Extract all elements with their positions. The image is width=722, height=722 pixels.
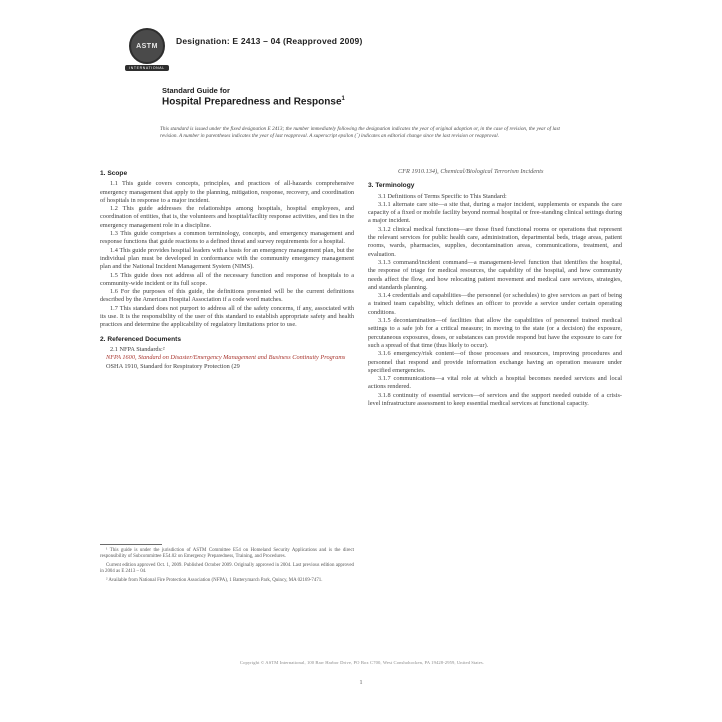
designation-boilerplate: This standard is issued under the fixed … <box>160 126 560 140</box>
astm-logo: ASTM INTERNATIONAL <box>124 28 170 71</box>
title-footnote-marker: 1 <box>342 96 345 102</box>
paragraph-1-4: 1.4 This guide provides hospital leaders… <box>100 247 354 272</box>
definition-3-1-7: 3.1.7 communications—a vital role at whi… <box>368 375 622 392</box>
paragraph-1-3: 1.3 This guide comprises a common termin… <box>100 230 354 247</box>
reference-link-nfpa-1600[interactable]: NFPA 1600, Standard on Disaster/Emergenc… <box>100 354 354 362</box>
right-column: CFR 1910.134), Chemical/Biological Terro… <box>368 168 622 408</box>
standard-type-label: Standard Guide for <box>162 86 592 95</box>
astm-logo-text: ASTM <box>136 43 158 50</box>
section-heading-referenced-documents: 2. Referenced Documents <box>100 336 354 344</box>
paragraph-1-1: 1.1 This guide covers concepts, principl… <box>100 180 354 205</box>
definition-3-1-1: 3.1.1 alternate care site—a site that, d… <box>368 201 622 226</box>
reference-osha-1910: OSHA 1910, Standard for Respiratory Prot… <box>100 363 354 371</box>
copyright-line: Copyright © ASTM International, 100 Barr… <box>160 660 564 665</box>
footnote-2: ² Available from National Fire Protectio… <box>100 578 354 584</box>
paragraph-1-7: 1.7 This standard does not purport to ad… <box>100 305 354 330</box>
astm-logo-caption: INTERNATIONAL <box>125 65 169 71</box>
footnote-1: ¹ This guide is under the jurisdiction o… <box>100 548 354 561</box>
standard-title-text: Hospital Preparedness and Response <box>162 96 342 107</box>
paragraph-1-6: 1.6 For the purposes of this guide, the … <box>100 288 354 305</box>
definition-3-1-5: 3.1.5 decontamination—of facilities that… <box>368 317 622 350</box>
designation-line: Designation: E 2413 – 04 (Reapproved 200… <box>176 36 363 46</box>
footnote-block: ¹ This guide is under the jurisdiction o… <box>100 544 354 586</box>
definition-3-1-2: 3.1.2 clinical medical functions—are tho… <box>368 226 622 259</box>
reference-continuation-line: CFR 1910.134), Chemical/Biological Terro… <box>368 168 622 176</box>
definition-3-1-3: 3.1.3 command/incident command—a managem… <box>368 259 622 292</box>
footnote-edition: Current edition approved Oct. 1, 2009. P… <box>100 563 354 576</box>
page-number: 1 <box>0 679 722 686</box>
paragraph-3-1: 3.1 Definitions of Terms Specific to Thi… <box>368 193 622 201</box>
section-heading-terminology: 3. Terminology <box>368 182 622 190</box>
astm-logo-icon: ASTM <box>129 28 165 64</box>
paragraph-1-5: 1.5 This guide does not address all of t… <box>100 272 354 289</box>
paragraph-2-1: 2.1 NFPA Standards:² <box>100 346 354 354</box>
definition-3-1-8: 3.1.8 continuity of essential services—o… <box>368 392 622 409</box>
definition-3-1-6: 3.1.6 emergency/risk content—of those pr… <box>368 350 622 375</box>
paragraph-1-2: 1.2 This guide addresses the relationshi… <box>100 205 354 230</box>
footnote-divider <box>100 544 162 545</box>
definition-3-1-4: 3.1.4 credentials and capabilities—the p… <box>368 292 622 317</box>
standard-title: Hospital Preparedness and Response1 <box>162 96 592 107</box>
document-page: ASTM INTERNATIONAL Designation: E 2413 –… <box>0 0 722 722</box>
section-heading-scope: 1. Scope <box>100 170 354 178</box>
left-column: 1. Scope1.1 This guide covers concepts, … <box>100 168 354 371</box>
footnote-list: ¹ This guide is under the jurisdiction o… <box>100 548 354 584</box>
title-block: Standard Guide for Hospital Preparedness… <box>162 86 592 107</box>
